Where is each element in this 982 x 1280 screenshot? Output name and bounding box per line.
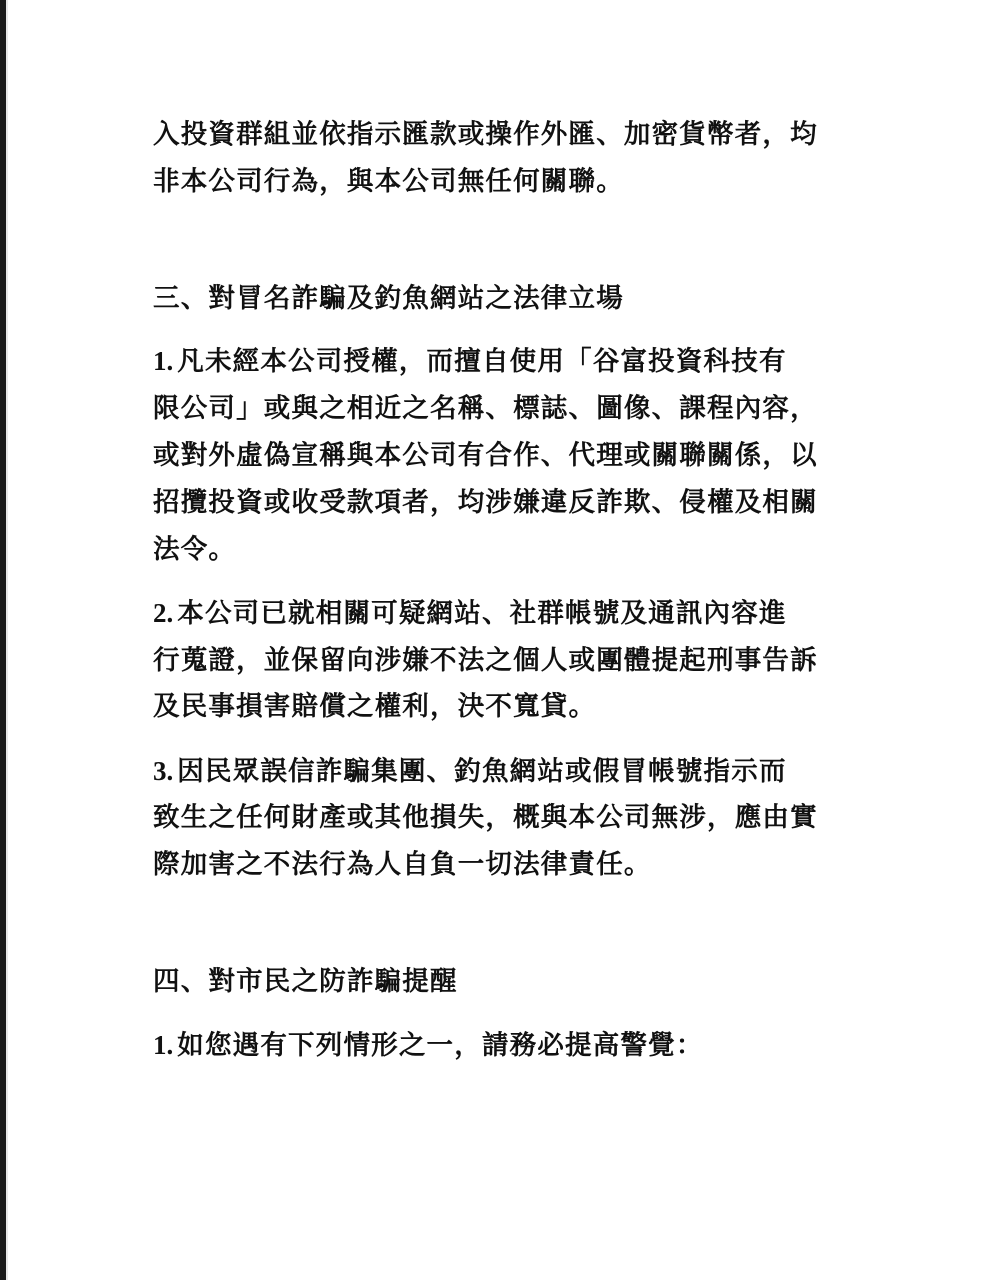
section-3-item-3-line-2: 致生之任何財產或其他損失，概與本公司無涉，應由實 (153, 802, 818, 834)
section-3-item-2-line-1: 2.本公司已就相關可疑網站、社群帳號及通訊內容進 (153, 597, 787, 629)
item-text: 凡未經本公司授權，而擅自使用「谷富投資科技有 (177, 346, 786, 377)
section-3-item-1-line-1: 1.凡未經本公司授權，而擅自使用「谷富投資科技有 (153, 345, 787, 377)
section-4-item-1-line-1: 1.如您遇有下列情形之一，請務必提高警覺： (153, 1029, 704, 1061)
item-number: 1. (153, 346, 173, 376)
section-3-item-1-line-2: 限公司」或與之相近之名稱、標誌、圖像、課程內容， (153, 393, 818, 425)
section-3-item-1-line-4: 招攬投資或收受款項者，均涉嫌違反詐欺、侵權及相關 (153, 487, 818, 519)
page-left-edge-gap (6, 0, 8, 1280)
section-3-heading: 三、對冒名詐騙及釣魚網站之法律立場 (153, 283, 624, 315)
item-number: 3. (153, 756, 173, 786)
section-4-heading: 四、對市民之防詐騙提醒 (153, 966, 458, 998)
continuation-line-2: 非本公司行為，與本公司無任何關聯。 (153, 166, 624, 198)
item-number: 1. (153, 1030, 173, 1060)
continuation-line-1: 入投資群組並依指示匯款或操作外匯、加密貨幣者，均 (153, 119, 818, 151)
section-3-item-2-line-3: 及民事損害賠償之權利，決不寬貸。 (153, 691, 596, 723)
item-number: 2. (153, 598, 173, 628)
section-3-item-1-line-3: 或對外虛偽宣稱與本公司有合作、代理或關聯關係，以 (153, 440, 818, 472)
item-text: 本公司已就相關可疑網站、社群帳號及通訊內容進 (177, 598, 786, 629)
section-3-item-2-line-2: 行蒐證，並保留向涉嫌不法之個人或團體提起刑事告訴 (153, 645, 818, 677)
item-text: 因民眾誤信詐騙集團、釣魚網站或假冒帳號指示而 (177, 756, 786, 787)
item-text: 如您遇有下列情形之一，請務必提高警覺： (177, 1030, 703, 1061)
section-3-item-3-line-3: 際加害之不法行為人自負一切法律責任。 (153, 849, 652, 881)
section-3-item-1-line-5: 法令。 (153, 534, 236, 566)
section-3-item-3-line-1: 3.因民眾誤信詐騙集團、釣魚網站或假冒帳號指示而 (153, 755, 787, 787)
